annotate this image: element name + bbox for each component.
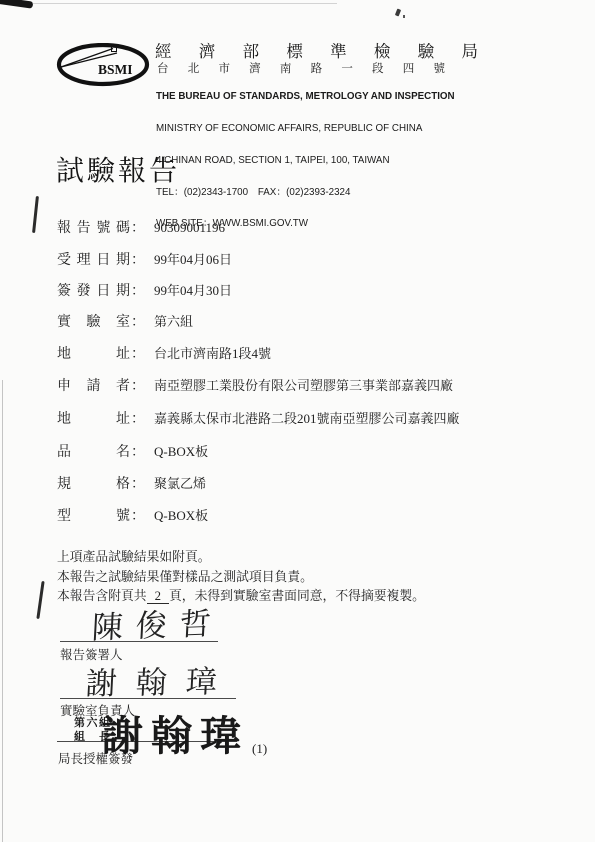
scan-edge-line <box>2 380 3 842</box>
field-colon: ： <box>131 221 145 236</box>
field-value: 99年04月06日 <box>154 252 232 267</box>
field-value: 嘉義縣太保市北港路二段201號南亞塑膠公司嘉義四廠 <box>154 411 460 426</box>
field-colon: ： <box>131 315 145 330</box>
field-row-laboratory: 實驗室：第六組 <box>57 311 193 331</box>
signature-line <box>60 698 236 699</box>
scan-top-line <box>32 3 337 4</box>
note-line-1: 上項產品試驗結果如附頁。 <box>57 548 425 568</box>
field-row-report-number: 報告號碼：90309001196 <box>57 217 225 237</box>
signature-line <box>60 641 218 642</box>
field-label: 規格 <box>57 473 130 493</box>
field-label: 地址 <box>57 408 130 428</box>
scan-speck <box>403 15 405 18</box>
field-row-lab-address: 地址：台北市濟南路1段4號 <box>57 343 271 363</box>
page-title: 試驗報告 <box>56 149 180 189</box>
field-label: 申請者 <box>57 375 130 395</box>
field-label: 實驗室 <box>57 311 130 331</box>
field-label: 地址 <box>57 343 130 363</box>
handwritten-signature-lab-head: 謝翰璋 <box>85 656 237 704</box>
scan-corner-smudge <box>0 0 33 9</box>
field-colon: ： <box>131 253 145 268</box>
field-colon: ： <box>131 445 145 460</box>
field-colon: ： <box>131 509 145 524</box>
field-value: 台北市濟南路1段4號 <box>154 346 271 361</box>
field-label: 型號 <box>57 505 130 525</box>
scan-speck <box>395 9 401 17</box>
agency-tel-fax: TEL：(02)2343-1700 FAX：(02)2393-2324 <box>156 188 455 199</box>
field-value: Q-BOX板 <box>154 444 208 459</box>
field-colon: ： <box>131 477 145 492</box>
field-row-product-name: 品名：Q-BOX板 <box>57 441 208 461</box>
agency-name-zh: 經濟部標準檢驗局 <box>155 38 478 62</box>
field-label: 品名 <box>57 441 130 461</box>
report-notes: 上項產品試驗結果如附頁。 本報告之試驗結果僅對樣品之測試項目負責。 本報告含附頁… <box>57 548 425 607</box>
field-colon: ： <box>131 379 145 394</box>
bureau-name-en: THE BUREAU OF STANDARDS, METROLOGY AND I… <box>156 92 455 103</box>
agency-address-en: 4 CHINAN ROAD, SECTION 1, TAIPEI, 100, T… <box>156 156 455 167</box>
field-row-applicant-address: 地址：嘉義縣太保市北港路二段201號南亞塑膠公司嘉義四廠 <box>57 408 460 428</box>
field-row-issue-date: 簽發日期：99年04月30日 <box>57 280 232 300</box>
field-value: 南亞塑膠工業股份有限公司塑膠第三事業部嘉義四廠 <box>154 378 453 393</box>
staple-mark <box>32 196 39 233</box>
field-colon: ： <box>131 284 145 299</box>
field-label: 受理日期 <box>57 249 130 269</box>
field-value: Q-BOX板 <box>154 508 208 523</box>
field-value: 第六組 <box>154 314 193 329</box>
staple-mark <box>36 581 44 619</box>
note-line-2: 本報告之試驗結果僅對樣品之測試項目負責。 <box>57 568 425 588</box>
field-value: 聚氯乙烯 <box>154 476 206 491</box>
field-label: 報告號碼 <box>57 217 130 237</box>
bsmi-logo-icon: BSMI <box>56 43 152 92</box>
field-row-model-number: 型號：Q-BOX板 <box>57 505 208 525</box>
field-colon: ： <box>131 347 145 362</box>
stamp-note: (1) <box>252 741 267 757</box>
field-colon: ： <box>131 412 145 427</box>
logo-text: BSMI <box>98 62 133 77</box>
field-value: 90309001196 <box>154 220 225 235</box>
field-row-specification: 規格：聚氯乙烯 <box>57 473 206 493</box>
scanned-test-report-page: BSMI 經濟部標準檢驗局 台北市濟南路一段四號 THE BUREAU OF S… <box>0 0 595 842</box>
field-label: 簽發日期 <box>57 280 130 300</box>
field-row-accept-date: 受理日期：99年04月06日 <box>57 249 232 269</box>
ministry-name-en: MINISTRY OF ECONOMIC AFFAIRS, REPUBLIC O… <box>156 124 455 135</box>
field-row-applicant: 申請者：南亞塑膠工業股份有限公司塑膠第三事業部嘉義四廠 <box>57 375 453 395</box>
name-stamp: 謝翰瑋 <box>102 703 249 762</box>
handwritten-signature-signer: 陳俊哲 <box>91 598 225 648</box>
field-value: 99年04月30日 <box>154 283 232 298</box>
